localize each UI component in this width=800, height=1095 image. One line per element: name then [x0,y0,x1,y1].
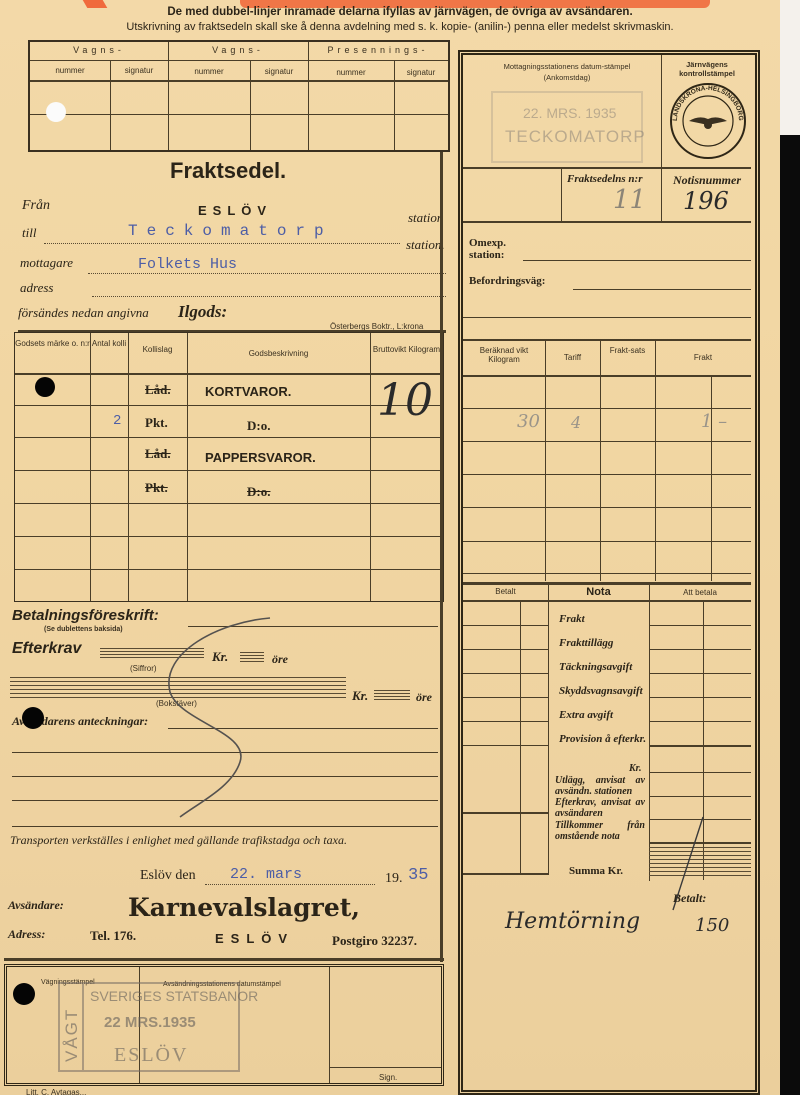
punch-hole [13,983,35,1005]
nota-item: Extra avgift [559,709,613,721]
nota-total-label: Summa Kr. [569,865,623,877]
stamp-line-3: ESLÖV [114,1044,188,1067]
rate-header-weight: Beräknad vikt Kilogram [463,346,545,364]
transport-terms: Transporten verkställes i enlighet med g… [10,833,347,848]
nota-item: Frakt [559,613,585,625]
stamp-line-2: 22 MRS.1935 [104,1014,196,1031]
date-value: 22. mars [230,866,302,883]
stamp-vertical-text: VÅGT [62,1008,82,1062]
sender-name: Karnevalslagret, [128,893,360,922]
nota-kr-label: Kr. [629,763,642,774]
nota-carryover-text: Tillkommer från omstående nota [555,820,645,842]
footer-text: Litt. C. Avtagas... [26,1088,86,1095]
nota-item: Frakttillägg [559,637,613,649]
goods-row-kind: Låd. [145,382,171,398]
nota-item: Provision å efterkr. [559,733,646,745]
year-value: 35 [408,866,428,885]
goods-header-description: Godsbeskrivning [187,349,370,358]
year-prefix: 19. [385,871,403,887]
rate-row-weight: 30 [517,411,540,432]
kr-label: Kr. [352,688,368,704]
goods-header-count: Antal kolli [90,339,128,348]
notice-no-label: Notisnummer [673,173,741,188]
goods-row-kind: Låd. [145,446,171,462]
rate-header-tariff: Tariff [545,353,600,362]
wagon-subheader: nummer [30,66,110,75]
goods-header-kind: Kollislag [128,345,187,354]
wagon-subheader: nummer [308,68,394,77]
punch-hole [35,377,55,397]
waybill-no-label: Fraktsedelns n:r [567,173,643,185]
goods-row-description: PAPPERSVAROR. [205,450,316,465]
nota-paid-label: Betalt: [673,891,706,906]
arrival-stamp-label: Mottagningsstationens datum-stämpel [473,62,661,71]
wagon-subheader: signatur [110,66,168,75]
railway-panel-inner: Mottagningsstationens datum-stämpel (Ank… [463,55,753,1095]
nota-title: Nota [548,586,649,598]
payment-instructions-label: Betalningsföreskrift: [12,607,159,624]
rate-row-freight: 1 – [701,411,727,432]
to-label: till [22,225,36,241]
rate-header-rate: Frakt-sats [600,346,655,355]
waybill-no-value: 11 [613,185,646,215]
nota-item: Skyddsvagnsavgift [559,685,643,697]
arrival-stamp-place: TECKOMATORP [505,127,646,147]
shipped-type: Ilgods: [178,302,227,322]
goods-table: Godsets märke o. n:r Antal kolli Kollisl… [14,332,444,602]
nota-paid-header: Betalt [463,587,548,596]
goods-row-kind: Pkt. [145,415,168,431]
header-instruction-bold: De med dubbel-linjer inramade delarna if… [0,6,800,18]
railway-control-stamp-icon: LANDSKRONA-HELSINGBORGS JÄRNVÄGAR [669,81,747,161]
stamp-line-1: SVERIGES STATSBANOR [90,988,258,1004]
waybill-document: De med dubbel-linjer inramade delarna if… [0,0,780,1095]
wagon-subheader: signatur [394,68,448,77]
notice-no-value: 196 [683,187,729,215]
wagon-subheader: signatur [250,67,308,76]
recipient-value: Folkets Hus [138,256,237,273]
payment-instructions-note: (Se dublettens baksida) [44,626,123,633]
arrival-stamp-note: (Ankomstdag) [473,73,661,82]
sender-tel: Tel. 176. [90,928,136,944]
wagon-group-1: Vagns- [30,45,168,55]
dispatch-date-stamp: VÅGT SVERIGES STATSBANOR 22 MRS.1935 ESL… [58,982,240,1072]
nota-cod-text: Efterkrav, anvisat av avsändaren [555,797,645,819]
from-station-value: ESLÖV [198,203,272,218]
rate-row-tariff: 4 [571,413,581,432]
sender-label: Avsändare: [8,898,64,913]
sender-address-label: Adress: [8,927,45,942]
goods-header-mark: Godsets märke o. n:r [15,339,90,348]
arrival-stamp-date: 22. MRS. 1935 [523,105,616,121]
station-label: station. [406,237,445,253]
goods-row-weight: 10 [377,375,433,426]
goods-row-description: D:o. [247,418,270,434]
pencil-scribble [140,612,280,822]
sender-postgiro: Postgiro 32237. [332,933,417,949]
control-stamp-label: Järnvägens kontrollstämpel [663,60,751,78]
nota-to-pay-header: Att betala [649,588,751,597]
goods-header-weight: Bruttovikt Kilogram [370,345,443,354]
wagon-table: Vagns- Vagns- Presennings- nummer signat… [28,40,450,152]
handwritten-amount: 150 [695,915,729,936]
handwritten-note: Hemtörning [505,909,640,934]
punch-hole [22,707,44,729]
arrival-date-stamp: 22. MRS. 1935 TECKOMATORP [491,91,643,163]
sign-label: Sign. [379,1073,397,1082]
goods-row-description: D:o. [247,484,270,500]
address-label: adress [20,280,53,296]
form-title: Fraktsedel. [170,158,286,184]
wagon-group-3: Presennings- [308,45,448,55]
punch-hole [46,102,66,122]
to-station-value: Teckomatorp [128,222,333,240]
sender-city: ESLÖV [215,931,294,946]
recipient-label: mottagare [20,255,73,271]
shipped-label: försändes nedan angivna [18,305,149,321]
ore-label: öre [416,690,432,705]
cod-label: Efterkrav [12,640,81,658]
station-label: station [408,210,443,226]
goods-row-kind: Pkt. [145,480,168,496]
from-label: Från [22,198,50,214]
route-label: Befordringsväg: [469,275,545,287]
letters-ore-field[interactable] [374,690,410,702]
header-instruction: Utskrivning av fraktsedeln skall ske å d… [0,21,800,33]
nota-outlay-text: Utlägg, anvisat av avsändn. stationen [555,775,645,797]
reexp-station-label: Omexp. station: [469,237,525,261]
goods-row-description: KORTVAROR. [205,384,291,399]
wagon-group-2: Vagns- [168,45,308,55]
nota-item: Täckningsavgift [559,661,632,673]
place-date-label: Eslöv den [140,868,196,884]
wagon-subheader: nummer [168,67,250,76]
goods-row-count: 2 [113,413,121,429]
rate-header-freight: Frakt [655,353,751,362]
